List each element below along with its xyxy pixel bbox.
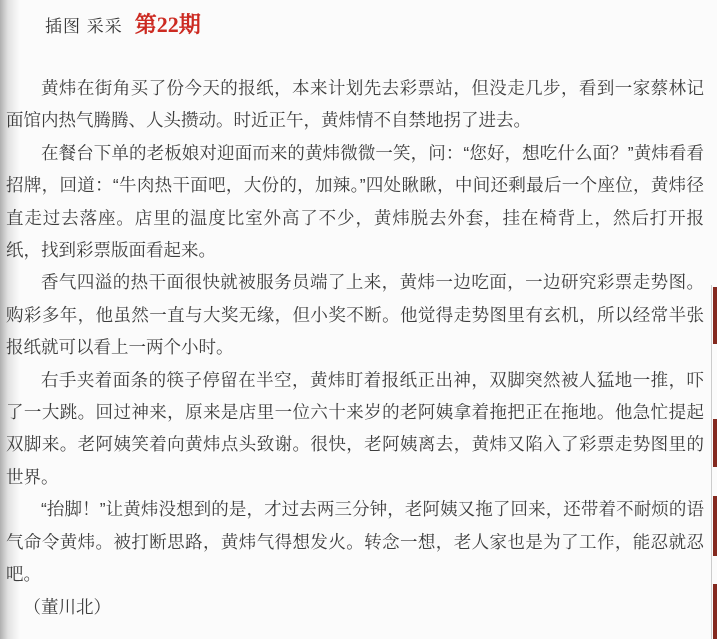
illustration-credit: 插图 采采	[45, 12, 123, 37]
paragraph: “抬脚！”让黄炜没想到的是，才过去两三分钟，老阿姨又拖了回来，还带着不耐烦的语气…	[6, 493, 704, 590]
paragraph: 黄炜在街角买了份今天的报纸，本来计划先去彩票站，但没走几步，看到一家蔡林记面馆内…	[6, 72, 704, 137]
paragraph: 香气四溢的热干面很快就被服务员端了上来，黄炜一边吃面，一边研究彩票走势图。购彩多…	[6, 266, 704, 363]
author-signature: （董川北）	[6, 591, 704, 623]
right-edge-mark	[713, 584, 717, 639]
right-edge-mark	[713, 496, 717, 556]
article-header: 插图 采采 第22期	[45, 8, 201, 39]
paragraph: 右手夹着面条的筷子停留在半空，黄炜盯着报纸正出神，双脚突然被人猛地一推，吓了一大…	[6, 364, 704, 494]
right-edge-mark	[713, 287, 717, 344]
issue-number: 第22期	[135, 8, 201, 39]
article-body: 黄炜在街角买了份今天的报纸，本来计划先去彩票站，但没走几步，看到一家蔡林记面馆内…	[6, 72, 704, 623]
content-right-border	[711, 285, 712, 639]
paragraph: 在餐台下单的老板娘对迎面而来的黄炜微微一笑，问：“您好，想吃什么面？”黄炜看看招…	[6, 137, 704, 267]
right-edge-mark	[713, 419, 717, 467]
